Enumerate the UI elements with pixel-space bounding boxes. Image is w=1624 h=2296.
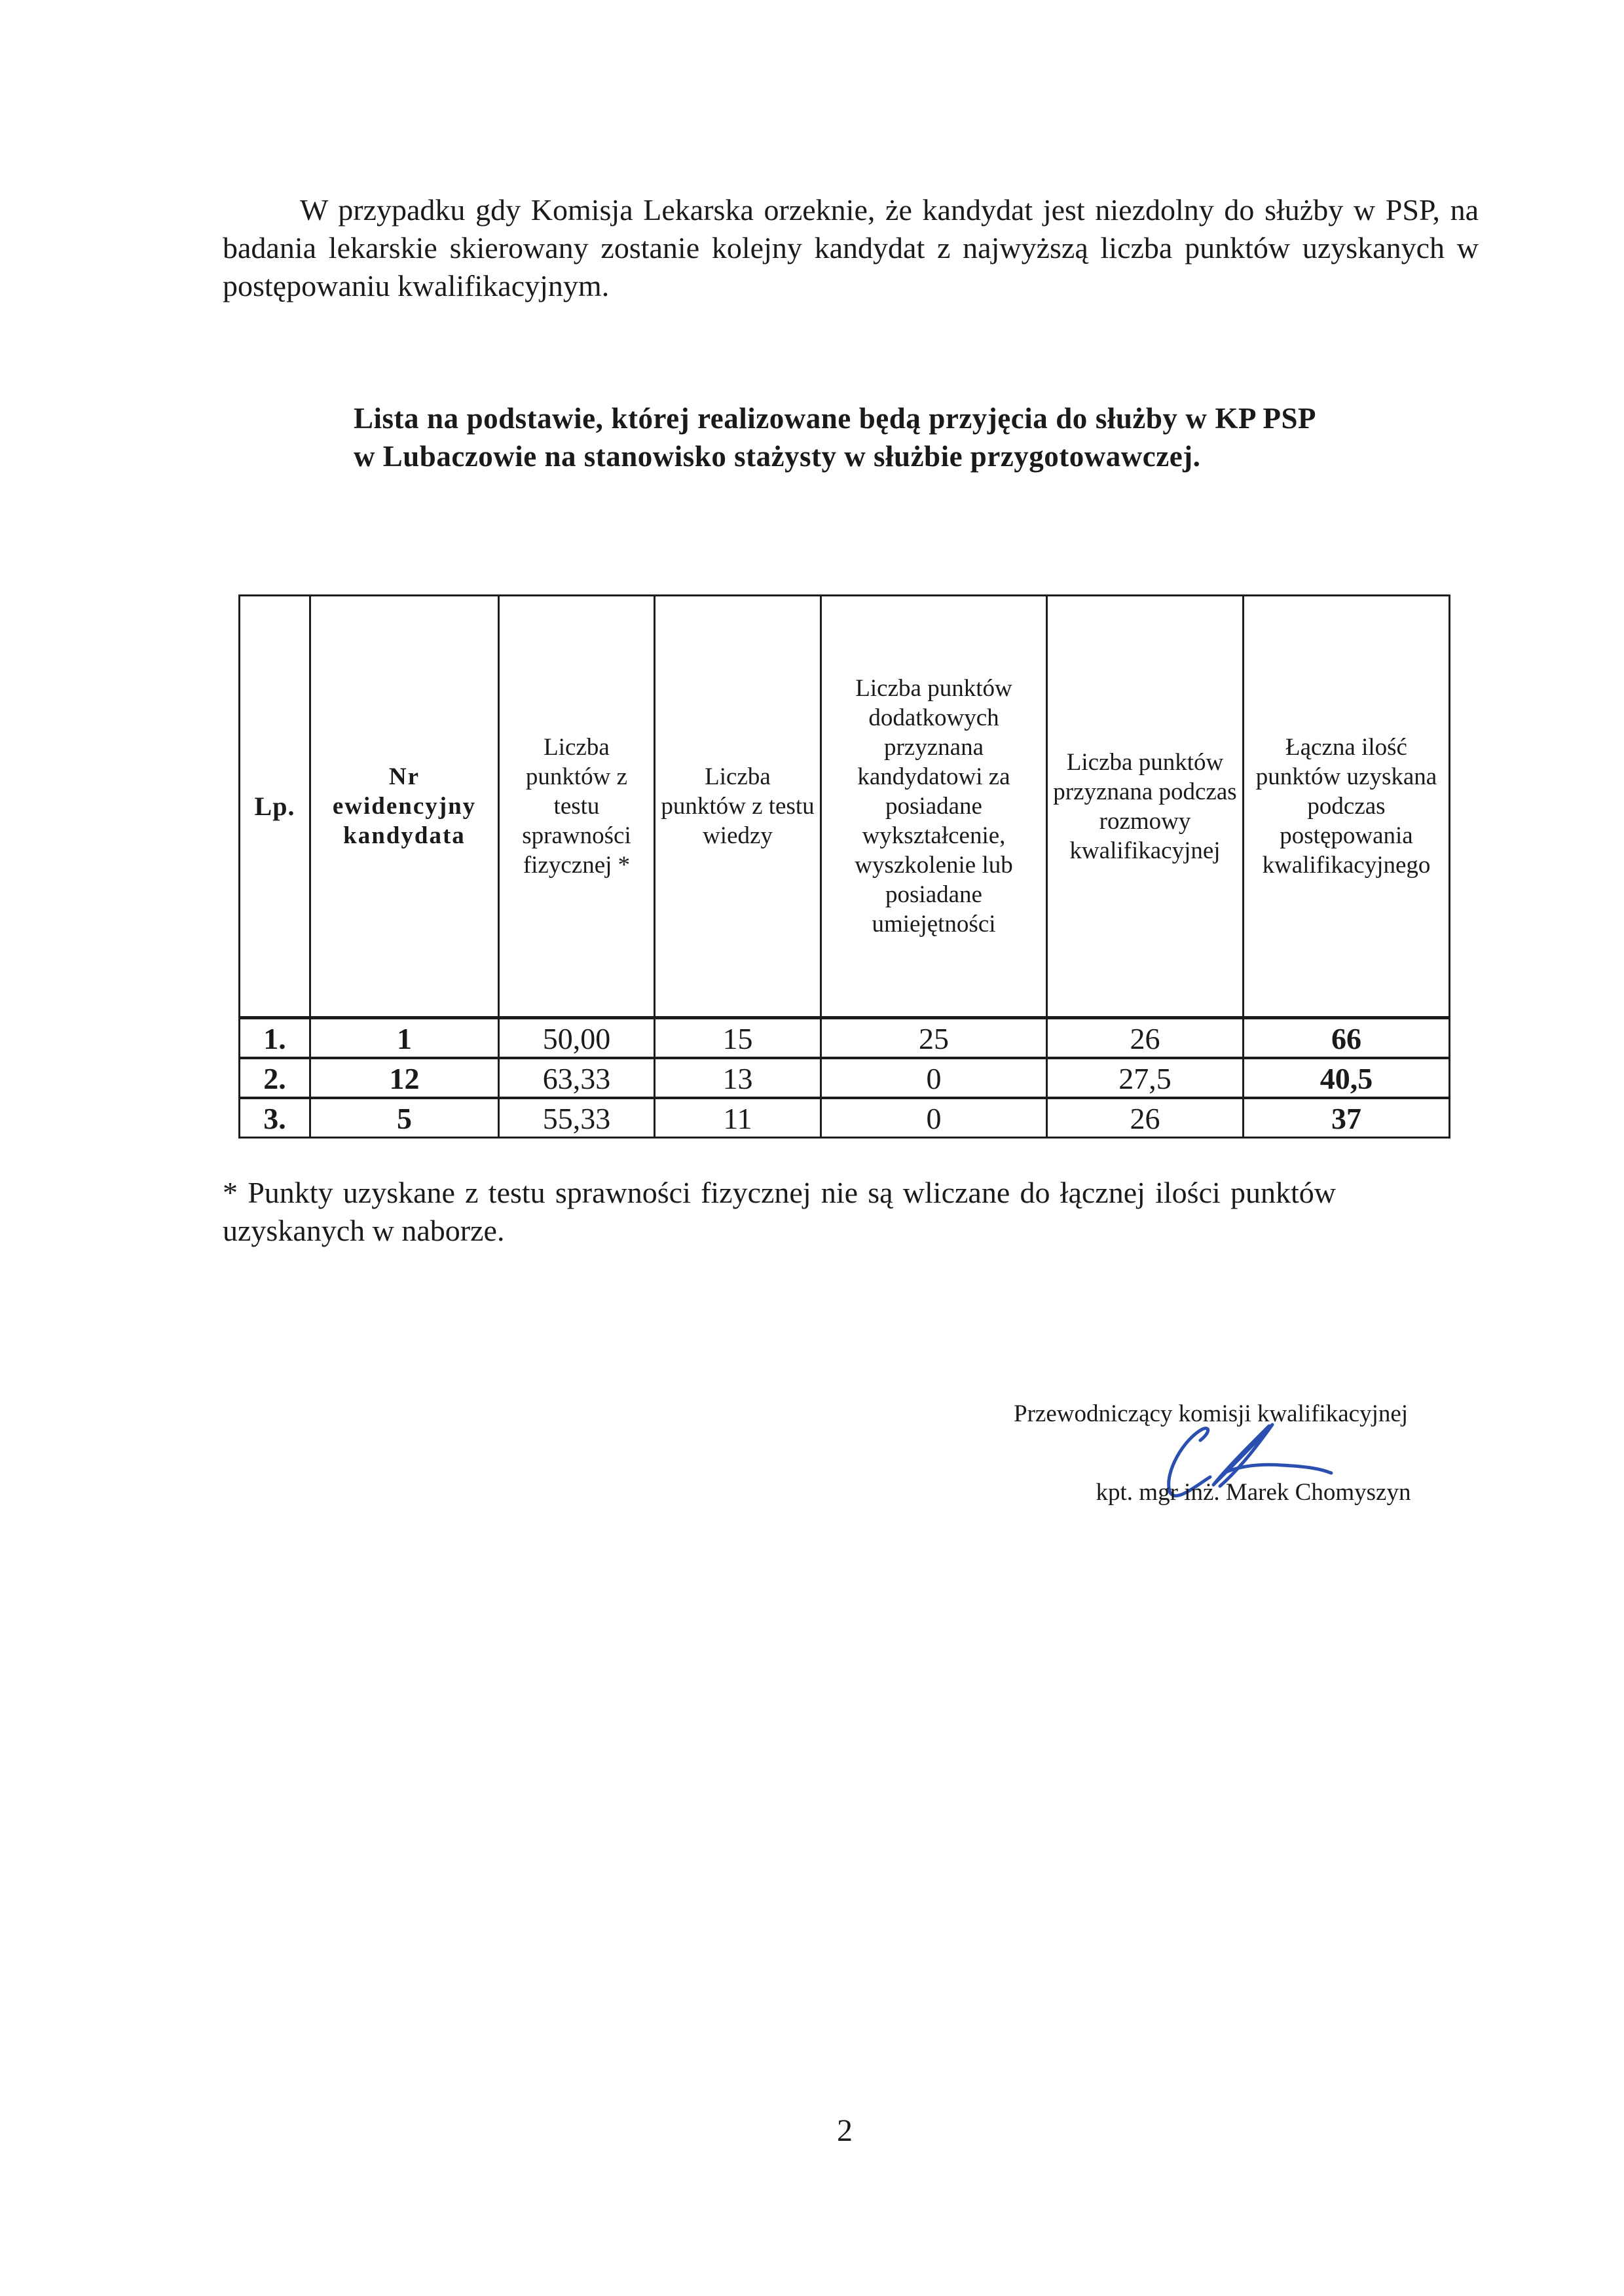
cell-lp: 2.: [240, 1058, 310, 1098]
header-laczna-ilosc: Łączna ilość punktów uzyskana podczas po…: [1244, 596, 1450, 1018]
cell-wiedza: 11: [655, 1098, 821, 1138]
table-row: 2. 12 63,33 13 0 27,5 40,5: [240, 1058, 1450, 1098]
page-number: 2: [825, 2113, 864, 2149]
table-row: 1. 1 50,00 15 25 26 66: [240, 1018, 1450, 1059]
cell-wiedza: 15: [655, 1018, 821, 1059]
table-row: 3. 5 55,33 11 0 26 37: [240, 1098, 1450, 1138]
header-test-wiedzy: Liczba punktów z testu wiedzy: [655, 596, 821, 1018]
cell-lp: 3.: [240, 1098, 310, 1138]
cell-laczna: 40,5: [1244, 1058, 1450, 1098]
cell-sprawnosc: 55,33: [499, 1098, 655, 1138]
footnote: * Punkty uzyskane z testu sprawności fiz…: [223, 1174, 1336, 1250]
cell-rozmowa: 27,5: [1047, 1058, 1244, 1098]
header-rozmowa: Liczba punktów przyznana podczas rozmowy…: [1047, 596, 1244, 1018]
cell-dodatkowe: 25: [821, 1018, 1047, 1059]
cell-rozmowa: 26: [1047, 1018, 1244, 1059]
header-punkty-dodatkowe: Liczba punktów dodatkowych przyznana kan…: [821, 596, 1047, 1018]
results-table: Lp. Nr ewidencyjny kandydata Liczba punk…: [238, 594, 1450, 1139]
cell-nr: 1: [310, 1018, 499, 1059]
cell-laczna: 37: [1244, 1098, 1450, 1138]
cell-lp: 1.: [240, 1018, 310, 1059]
cell-nr: 5: [310, 1098, 499, 1138]
header-lp: Lp.: [240, 596, 310, 1018]
header-nr-ewidencyjny: Nr ewidencyjny kandydata: [310, 596, 499, 1018]
cell-laczna: 66: [1244, 1018, 1450, 1059]
cell-rozmowa: 26: [1047, 1098, 1244, 1138]
cell-sprawnosc: 63,33: [499, 1058, 655, 1098]
cell-wiedza: 13: [655, 1058, 821, 1098]
cell-nr: 12: [310, 1058, 499, 1098]
table-header-row: Lp. Nr ewidencyjny kandydata Liczba punk…: [240, 596, 1450, 1018]
list-heading: Lista na podstawie, której realizowane b…: [354, 399, 1316, 475]
intro-paragraph: W przypadku gdy Komisja Lekarska orzekni…: [223, 191, 1479, 305]
cell-dodatkowe: 0: [821, 1058, 1047, 1098]
signature-name: kpt. mgr inż. Marek Chomyszyn: [1037, 1478, 1469, 1507]
cell-dodatkowe: 0: [821, 1098, 1047, 1138]
cell-sprawnosc: 50,00: [499, 1018, 655, 1059]
header-test-sprawnosci: Liczba punktów z testu sprawności fizycz…: [499, 596, 655, 1018]
